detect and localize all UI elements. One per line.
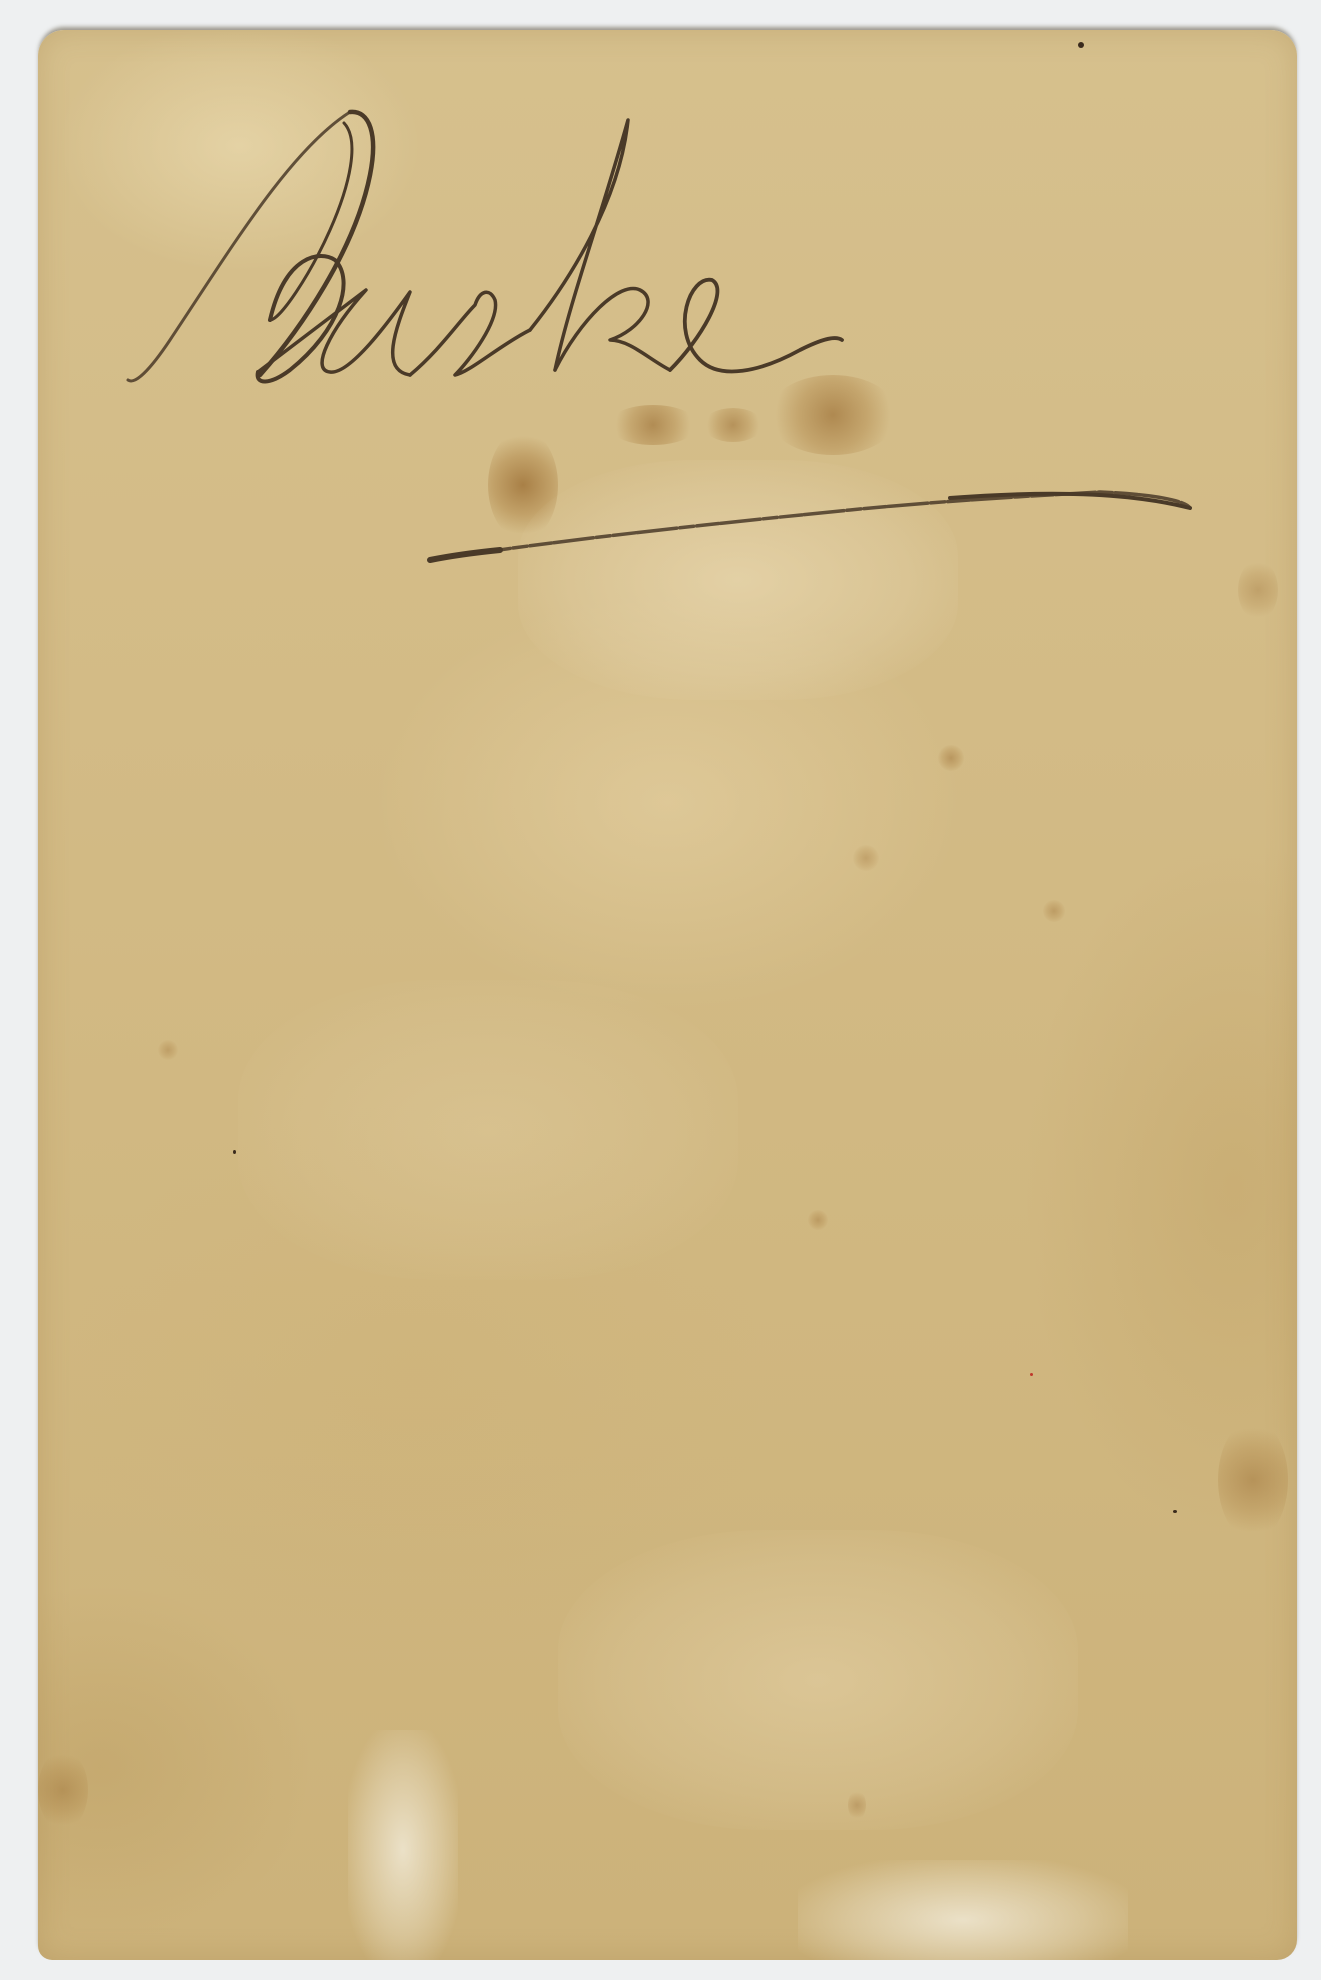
red-speck <box>1030 1373 1033 1376</box>
water-stain <box>1218 1420 1288 1540</box>
water-stain <box>768 375 898 455</box>
ink-speck <box>1078 42 1084 48</box>
water-stain <box>703 408 763 442</box>
spot <box>158 1040 178 1060</box>
inscription-text: Burke <box>140 120 143 121</box>
photo-card-back <box>38 30 1297 1960</box>
paper-fibers <box>798 1860 1128 1960</box>
ink-speck <box>233 1150 236 1154</box>
water-stain <box>38 1750 88 1830</box>
scan-background: Burke <box>0 0 1321 1980</box>
worn-patch <box>558 1530 1078 1830</box>
spot <box>808 1210 828 1230</box>
spot <box>1043 900 1065 922</box>
worn-patch <box>238 980 738 1280</box>
water-stain <box>608 405 698 445</box>
water-stain <box>1238 560 1278 620</box>
worn-patch <box>518 460 958 700</box>
ink-speck <box>1173 1510 1177 1513</box>
spot <box>938 745 964 771</box>
paper-fibers <box>348 1730 458 1960</box>
spot <box>853 845 879 871</box>
